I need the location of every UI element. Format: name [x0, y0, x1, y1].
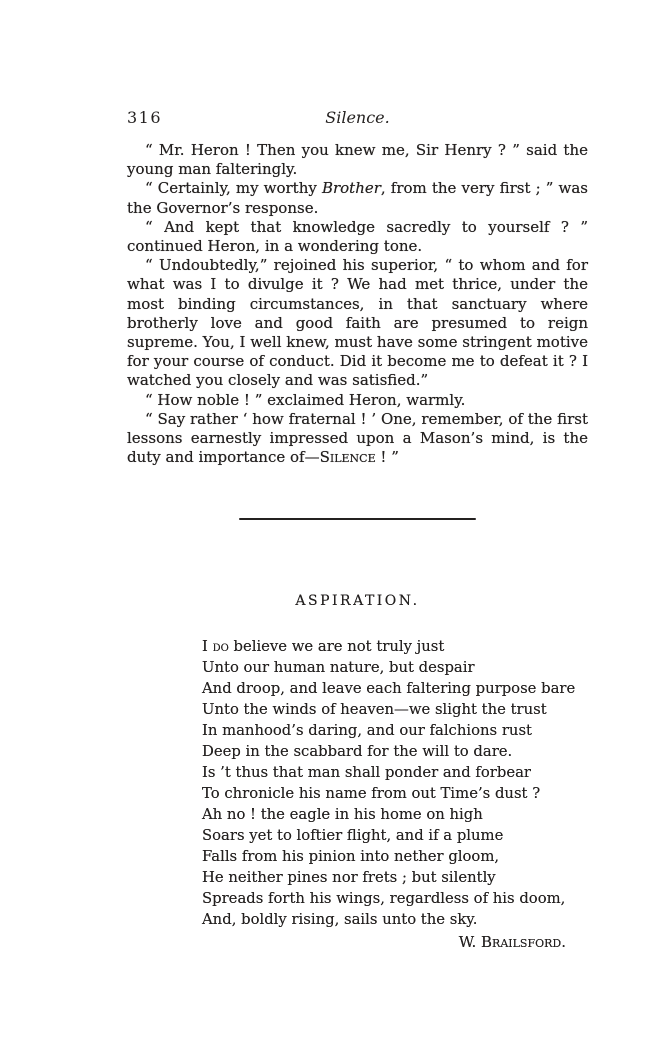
poem-line: Deep in the scabbard for the will to dar… [202, 741, 588, 762]
poem-line: He neither pines nor frets ; but silentl… [202, 867, 588, 888]
poem-line: And, boldly rising, sails unto the sky. [202, 909, 588, 930]
poem-line: Spreads forth his wings, regardless of h… [202, 888, 588, 909]
poem-title: ASPIRATION. [127, 593, 588, 609]
poem-line: Soars yet to loftier flight, and if a pl… [202, 825, 588, 846]
poem-lines: I do believe we are not truly justUnto o… [202, 636, 588, 930]
poem-line: And droop, and leave each faltering purp… [202, 678, 588, 699]
paragraph: “ Mr. Heron ! Then you knew me, Sir Henr… [127, 141, 588, 179]
poem-attribution: W. Brailsford. [127, 933, 588, 951]
paragraph: “ Certainly, my worthy Brother, from the… [127, 179, 588, 217]
paragraph: “ How noble ! ” exclaimed Heron, warmly. [127, 391, 588, 410]
content-column: 316 Silence. “ Mr. Heron ! Then you knew… [127, 108, 588, 951]
poem-line: To chronicle his name from out Time’s du… [202, 783, 588, 804]
book-page-scan: 316 Silence. “ Mr. Heron ! Then you knew… [0, 0, 649, 1052]
poem-line: Unto the winds of heaven—we slight the t… [202, 699, 588, 720]
paragraph: “ And kept that knowledge sacredly to yo… [127, 218, 588, 256]
story-paragraphs: “ Mr. Heron ! Then you knew me, Sir Henr… [127, 141, 588, 467]
page-header: 316 Silence. [127, 108, 588, 128]
poem-line: Is ’t thus that man shall ponder and for… [202, 762, 588, 783]
poem-line: I do believe we are not truly just [202, 636, 588, 657]
section-divider-rule [239, 518, 476, 520]
poem-line: Unto our human nature, but despair [202, 657, 588, 678]
poem-line: Ah no ! the eagle in his home on high [202, 804, 588, 825]
paragraph: “ Say rather ‘ how fraternal ! ’ One, re… [127, 410, 588, 468]
paragraph: “ Undoubtedly,” rejoined his superior, “… [127, 256, 588, 390]
running-title: Silence. [127, 108, 588, 127]
poem-line: Falls from his pinion into nether gloom, [202, 846, 588, 867]
poem-line: In manhood’s daring, and our falchions r… [202, 720, 588, 741]
